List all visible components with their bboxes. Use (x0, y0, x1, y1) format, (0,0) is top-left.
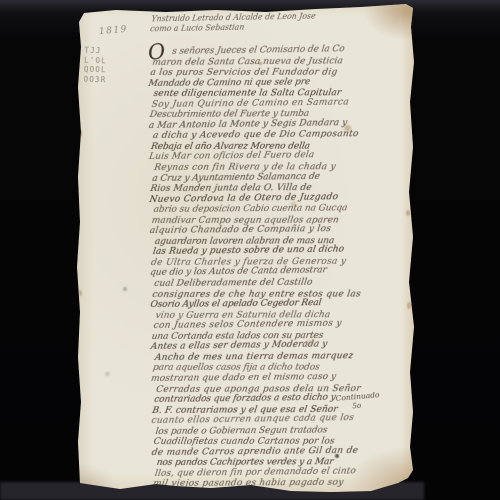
manuscript-line: abrio su deposicion Cabio cuenta na Gucq… (153, 203, 363, 215)
docket-header-line: como a Lucio Sebastian (150, 21, 315, 33)
manuscript-page: 1819 TJJ L'OL QOOL OO3R Ynstruido Letrad… (76, 2, 418, 494)
edge-fleck (79, 290, 82, 296)
foxing-spot (291, 202, 296, 207)
foxing-spot (105, 372, 110, 376)
manuscript-line: Osorio Ayllos el apelado Cegedor Real (150, 298, 363, 311)
manuscript-line: cual Deliberadamente del Castillo (153, 277, 363, 289)
foxing-spot (344, 125, 351, 131)
manuscript-line: alquirio Chandado de Compañia y los (149, 224, 362, 237)
manuscript-line: Luis Mar con oficios del Fuero dela (148, 150, 361, 163)
margin-note: Continuado 5o (335, 390, 380, 412)
photo-background: 1819 TJJ L'OL QOOL OO3R Ynstruido Letrad… (0, 0, 500, 500)
manuscript-line: maron dela Santa Casa nueva de Justicia (151, 56, 361, 68)
manuscript-line: mostraran que dado en el mismo caso y (150, 372, 363, 385)
manuscript-line: los pande o Gobiernan Segun tratados (154, 425, 364, 437)
ink-blot (335, 454, 339, 458)
foxing-spot (306, 340, 314, 346)
stamp-line: QOOL (84, 65, 107, 75)
manuscript-line: Ancho de mes una tierra demas marquez (154, 351, 364, 363)
foxing-spot (123, 287, 127, 291)
manuscript-line: con Juanes selos Contendere mismos y (153, 318, 364, 331)
body-text: s señores Jueces el Comisario de la Coma… (148, 45, 364, 490)
margin-note-number: 5o (352, 400, 381, 410)
stamp-line: TJJ (84, 46, 107, 56)
docket-header: Ynstruido Letrado d Alcalde de Leon Jose… (150, 12, 317, 34)
reversed-stamp-block: TJJ L'OL QOOL OO3R (84, 46, 108, 85)
manuscript-line: a dicha y Acevedo que de Dio Camposanto (152, 129, 362, 141)
manuscript-line: s señores Jueces el Comisario de la Co (171, 44, 361, 57)
stamp-line: L'OL (84, 55, 107, 65)
foxing-spot (259, 62, 262, 65)
edge-fleck (407, 302, 411, 309)
year-annotation: 1819 (99, 25, 129, 37)
stamp-line: OO3R (84, 74, 107, 84)
manuscript-line: contrariados que forzados a esto dicho y (153, 392, 364, 405)
edge-fleck (406, 210, 410, 216)
edge-fleck (78, 130, 82, 137)
